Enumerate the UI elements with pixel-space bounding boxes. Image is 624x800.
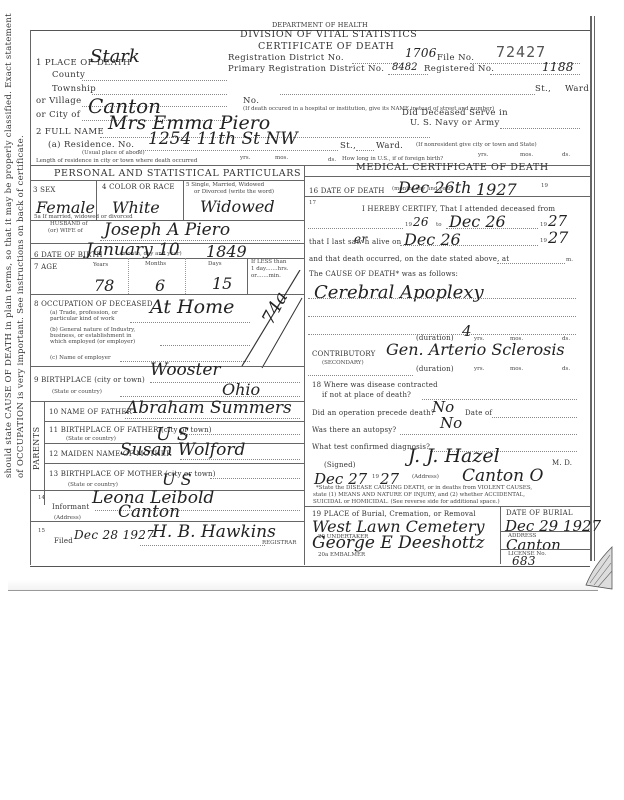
file-no-label: File No. <box>437 53 474 63</box>
certificate-title: CERTIFICATE OF DEATH <box>258 41 394 52</box>
foreign-ds-label: ds. <box>562 152 570 158</box>
filed-value: Dec 28 1927 <box>74 528 154 542</box>
alive-19: 19 <box>540 238 547 244</box>
served-label-1: Did Deceased Serve in <box>402 108 508 118</box>
occupation-value: At Home <box>150 296 234 318</box>
operation-label: Did an operation precede death? <box>312 409 435 417</box>
death-occurred-label: and that death occurred, on the date sta… <box>309 255 509 263</box>
contrib-yrs-label: yrs. <box>474 366 484 372</box>
attended-from-year: 26 <box>413 215 429 229</box>
contracted-label-2: if not at place of death? <box>322 391 411 399</box>
department-label: DEPARTMENT OF HEALTH <box>272 21 368 29</box>
age-days-label: Days <box>208 261 222 267</box>
to-label: to <box>436 222 442 228</box>
residence-label: (a) Residence. No. <box>48 140 134 150</box>
spouse-label-2: HUSBAND of <box>50 221 88 227</box>
registration-district-label: Registration District No. <box>228 53 344 63</box>
cause-of-death-value: Cerebral Apoplexy <box>314 282 484 303</box>
served-label-2: U. S. Navy or Army <box>410 118 500 128</box>
occupation-b-label-3: which employed (or employer) <box>50 339 135 345</box>
autopsy-value: No <box>440 414 462 432</box>
registered-no-label: Registered No. <box>424 64 494 74</box>
burial-date-label: DATE OF BURIAL <box>506 509 573 517</box>
age-label: 7 AGE <box>34 263 57 271</box>
county-value: Stark <box>90 46 140 67</box>
last-saw-pronoun: er <box>354 232 367 246</box>
contracted-label-1: 18 Where was disease contracted <box>312 381 438 389</box>
embalmer-label: 20a EMBALMER <box>318 552 365 558</box>
registration-district-value: 1706 <box>405 46 437 60</box>
length-ds-label: ds. <box>328 157 336 163</box>
residence-st-label: St., <box>340 141 356 151</box>
father-value: Abraham Summers <box>126 398 292 418</box>
date-of-death-19: 19 <box>541 183 548 189</box>
undertaker-value: George E Deeshottz <box>312 533 484 553</box>
informant-label: Informant <box>52 503 89 511</box>
less-label-1: If LESS than <box>251 259 286 265</box>
filed-num: 15 <box>38 528 45 534</box>
item-17-num: 17 <box>309 200 316 206</box>
signed-label: (Signed) <box>324 461 356 469</box>
spouse-value: Joseph A Piero <box>104 220 230 240</box>
contributory-duration-label: (duration) <box>416 365 454 373</box>
page-curl <box>584 545 614 590</box>
contrib-ds-label: ds. <box>562 366 570 372</box>
father-state-label: (State or country) <box>66 436 116 442</box>
age-months-value: 6 <box>155 276 165 295</box>
registrar-value: H. B. Hawkins <box>152 522 276 542</box>
age-years-label: Years <box>93 262 108 268</box>
occupation-c-label: (c) Name of employer <box>50 355 111 361</box>
foreign-mos-label: mos. <box>520 152 533 158</box>
secondary-label: (SECONDARY) <box>322 360 364 366</box>
foreign-yrs-label: yrs. <box>478 152 488 158</box>
race-label: 4 COLOR OR RACE <box>102 183 175 191</box>
m-label: m. <box>566 257 573 263</box>
footnote-line-2: state (1) MEANS AND NATURE OF INJURY, an… <box>313 492 525 498</box>
alive-on-value: Dec 26 <box>404 230 461 249</box>
father-label: 10 NAME OF FATHER <box>49 408 132 416</box>
mother-maiden-value: Susan Wolford <box>120 440 245 460</box>
dob-month-value: January 10 <box>86 240 180 260</box>
parents-label: PARENTS <box>32 426 41 470</box>
footnote-line-3: SUICIDAL or HOMICIDAL. (See reverse side… <box>313 499 500 505</box>
filed-label: Filed <box>54 537 73 545</box>
age-years-value: 78 <box>94 276 114 295</box>
sign-19: 19 <box>372 474 379 480</box>
license-value: 683 <box>512 554 536 568</box>
marital-label-1: 5 Single, Married, Widowed <box>186 182 264 188</box>
village-label: or Village <box>36 96 82 106</box>
alive-on-year: 27 <box>548 228 568 247</box>
contributory-value: Gen. Arterio Sclerosis <box>386 340 565 359</box>
birthplace-state-label: (State or country) <box>52 389 102 395</box>
md-label: M. D. <box>552 459 572 467</box>
age-days-value: 15 <box>212 274 232 293</box>
sign-address-label: (Address) <box>412 474 439 480</box>
marital-label-2: or Divorced (write the word) <box>194 189 274 195</box>
nonresident-note: (If nonresident give city or town and St… <box>416 142 537 148</box>
signed-value: J. J. Hazel <box>408 445 500 467</box>
primary-registration-value: 8482 <box>392 62 417 73</box>
duration-years-value: 4 <box>462 322 472 340</box>
registrar-label: REGISTRAR <box>262 540 296 546</box>
marital-value: Widowed <box>200 197 275 216</box>
alive-on-label: alive on <box>372 238 401 246</box>
birthplace-label: 9 BIRTHPLACE (city or town) <box>34 376 145 384</box>
residence-value: 1254 11th St NW <box>148 129 298 149</box>
township-label: Township <box>52 84 96 94</box>
age-months-label: Months <box>145 261 166 267</box>
spouse-label-3: (or) WIFE of <box>48 228 83 234</box>
personal-section-title: PERSONAL AND STATISTICAL PARTICULARS <box>54 168 301 179</box>
informant-address-value: Canton <box>118 502 180 522</box>
contributory-label: CONTRIBUTORY <box>312 350 375 358</box>
st-label: St., <box>535 84 551 94</box>
division-label: DIVISION OF VITAL STATISTICS <box>240 29 417 40</box>
ward-label: Ward <box>565 84 589 94</box>
sex-label: 3 SEX <box>33 186 56 194</box>
registered-no-value: 1188 <box>542 60 574 74</box>
no-label: No. <box>243 96 259 106</box>
date-of-death-label: 16 DATE OF DEATH <box>309 187 385 195</box>
cause-of-death-label: The CAUSE OF DEATH* was as follows: <box>309 270 458 278</box>
occupation-a-label-2: particular kind of work <box>50 316 114 322</box>
length-mos-label: mos. <box>275 155 288 161</box>
county-label: County <box>52 70 85 80</box>
from-19: 19 <box>405 222 412 228</box>
length-yrs-label: yrs. <box>240 155 250 161</box>
operation-date-label: Date of <box>465 409 492 417</box>
medical-section-title: MEDICAL CERTIFICATE OF DEATH <box>356 162 549 173</box>
occupation-label: 8 OCCUPATION OF DECEASED <box>34 300 153 308</box>
birthplace-city-value: Wooster <box>150 360 221 380</box>
autopsy-label: Was there an autopsy? <box>312 426 396 434</box>
primary-registration-label: Primary Registration District No. <box>228 64 384 74</box>
residence-ward-label: Ward. <box>376 141 403 151</box>
file-no-value: 72427 <box>496 43 546 61</box>
sign-address-value: Canton O <box>462 466 543 486</box>
mother-birthplace-value: U S <box>162 470 192 489</box>
date-of-death-value: Dec 26th <box>398 178 471 197</box>
residence-sub: (Usual place of abode) <box>82 150 145 156</box>
informant-num: 14 <box>38 495 45 501</box>
full-name-label: 2 FULL NAME <box>36 127 104 137</box>
footnote-line-1: *State the DISEASE CAUSING DEATH, or in … <box>316 485 532 491</box>
to-19: 19 <box>540 222 547 228</box>
sidebar-line-2: of OCCUPATION is very important. See ins… <box>16 135 26 478</box>
length-of-residence-label: Length of residence in city or town wher… <box>36 158 197 164</box>
city-label: or City of <box>36 110 80 120</box>
contrib-mos-label: mos. <box>510 366 523 372</box>
sidebar-line-1: should state CAUSE OF DEATH in plain ter… <box>4 13 14 478</box>
